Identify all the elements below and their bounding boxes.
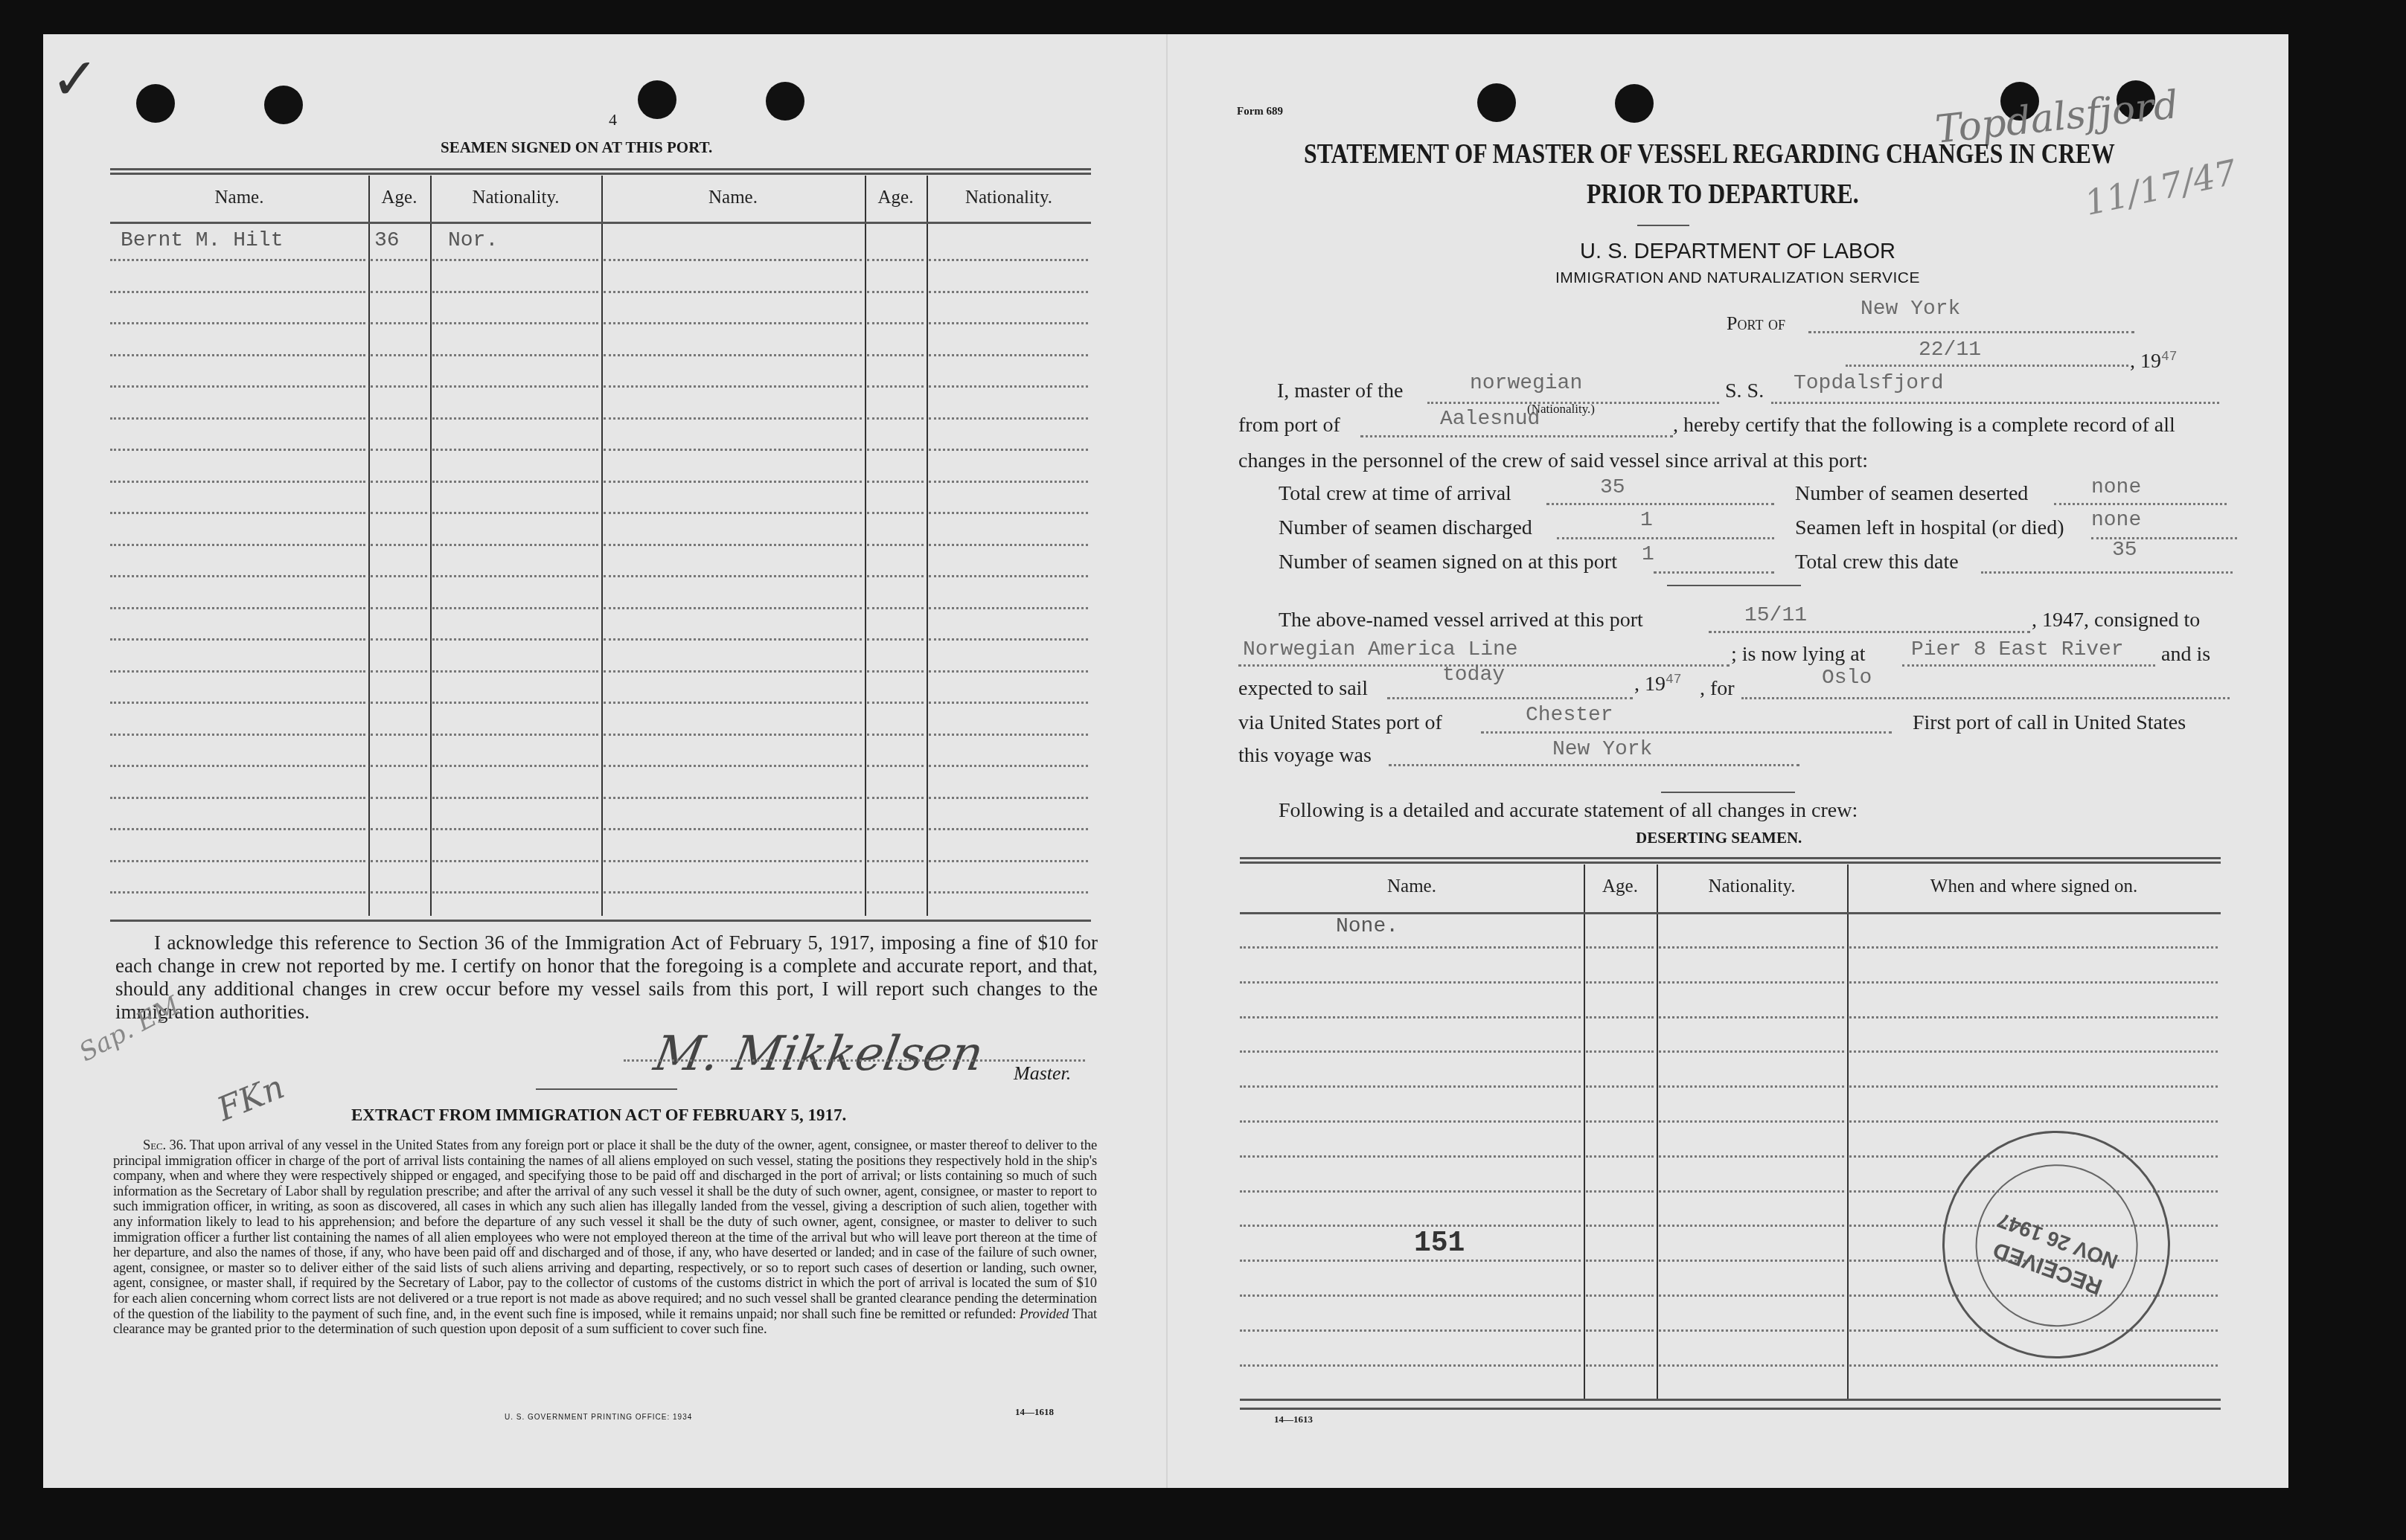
- column-header-signed-on: When and where signed on.: [1847, 876, 2221, 897]
- signed-on-label: Number of seamen signed on at this port: [1279, 551, 1617, 574]
- form-code-right: 14—1613: [1274, 1414, 1313, 1425]
- service-name: IMMIGRATION AND NATURALIZATION SERVICE: [1191, 269, 2285, 287]
- master-label: Master.: [1014, 1062, 1071, 1085]
- page-number: 4: [609, 110, 617, 129]
- signed-on-table-title: SEAMEN SIGNED ON AT THIS PORT.: [441, 138, 712, 157]
- port-label: Port of: [1727, 312, 1785, 335]
- hospital-label: Seamen left in hospital (or died): [1795, 516, 2064, 540]
- via-port-field[interactable]: Chester: [1526, 704, 1613, 727]
- nationality-field[interactable]: norwegian: [1470, 372, 1582, 395]
- port-field[interactable]: New York: [1861, 298, 1960, 321]
- discharged-field[interactable]: 1: [1640, 509, 1653, 532]
- extract-body: That upon arrival of any vessel in the U…: [113, 1138, 1097, 1322]
- column-header-name: Name.: [110, 187, 368, 208]
- extract-section-label: Sec. 36.: [143, 1138, 186, 1153]
- first-port-label: First port of call in United States: [1913, 711, 2186, 735]
- arrived-label: The above-named vessel arrived at this p…: [1279, 609, 1643, 632]
- consignee-field[interactable]: Norwegian America Line: [1243, 638, 1518, 661]
- master-signature: M. Mikkelsen: [650, 1027, 987, 1082]
- voyage-label: this voyage was: [1238, 744, 1372, 768]
- form-title-line1: STATEMENT OF MASTER OF VESSEL REGARDING …: [1304, 138, 2115, 170]
- sail-date-field[interactable]: today: [1442, 664, 1505, 687]
- total-crew-date-label: Total crew this date: [1795, 551, 1959, 574]
- punch-hole: [1477, 83, 1516, 122]
- following-text: Following is a detailed and accurate sta…: [1279, 799, 1858, 823]
- from-port-label: from port of: [1238, 414, 1340, 437]
- berth-field[interactable]: Pier 8 East River: [1911, 638, 2124, 661]
- arrived-date-field[interactable]: 15/11: [1744, 604, 1807, 627]
- and-is-label: and is: [2161, 643, 2210, 667]
- deserting-table-title: DESERTING SEAMEN.: [1636, 829, 1802, 847]
- extract-text: Sec. 36. That upon arrival of any vessel…: [113, 1138, 1097, 1338]
- column-header-nationality-2: Nationality.: [927, 187, 1091, 208]
- column-header-name-2: Name.: [601, 187, 865, 208]
- punch-hole: [1615, 84, 1654, 123]
- signed-on-field[interactable]: 1: [1642, 543, 1654, 566]
- punch-hole: [264, 86, 303, 124]
- ship-field[interactable]: Topdalsfjord: [1794, 372, 1944, 395]
- first-port-field[interactable]: New York: [1552, 738, 1652, 761]
- department-name: U. S. DEPARTMENT OF LABOR: [1191, 240, 2285, 264]
- for-label: , for: [1700, 677, 1735, 701]
- certify-text-2: changes in the personnel of the crew of …: [1238, 449, 1868, 473]
- via-label: via United States port of: [1238, 711, 1442, 735]
- seaman-name: Bernt M. Hilt: [121, 229, 283, 252]
- deserted-field[interactable]: none: [2091, 476, 2141, 499]
- ss-label: S. S.: [1725, 379, 1764, 403]
- year-label: , 1947: [2130, 350, 2178, 373]
- discharged-label: Number of seamen discharged: [1279, 516, 1532, 540]
- total-crew-arrival-field[interactable]: 35: [1600, 476, 1625, 499]
- punch-hole: [638, 80, 676, 119]
- column-header-nationality: Nationality.: [430, 187, 601, 208]
- date-field[interactable]: 22/11: [1919, 339, 1981, 362]
- seaman-nationality: Nor.: [448, 229, 498, 252]
- punch-hole: [766, 82, 804, 121]
- arrived-year-label: , 1947, consigned to: [2032, 609, 2200, 632]
- extract-proviso-label: Provided: [1020, 1306, 1069, 1322]
- punch-hole: [136, 84, 175, 123]
- column-header-age-2: Age.: [865, 187, 927, 208]
- total-crew-arrival-label: Total crew at time of arrival: [1279, 482, 1511, 506]
- form-number: Form 689: [1237, 106, 1283, 118]
- check-mark-icon: ✓: [51, 46, 99, 113]
- from-port-field[interactable]: Aalesnud: [1440, 408, 1540, 431]
- form-code-left: 14—1618: [1015, 1406, 1054, 1418]
- page-stamp-number: 151: [1414, 1228, 1465, 1260]
- sail-label: expected to sail: [1238, 677, 1368, 701]
- column-header-age: Age.: [1584, 876, 1657, 897]
- acknowledgement-text: I acknowledge this reference to Section …: [115, 931, 1098, 1024]
- deserted-label: Number of seamen deserted: [1795, 482, 2028, 506]
- destination-field[interactable]: Oslo: [1822, 667, 1872, 690]
- seaman-age: 36: [374, 229, 400, 252]
- form-title-line2: PRIOR TO DEPARTURE.: [1587, 179, 1859, 211]
- lying-label: ; is now lying at: [1731, 643, 1865, 667]
- hospital-field[interactable]: none: [2091, 509, 2141, 532]
- certify-text: , hereby certify that the following is a…: [1673, 414, 2175, 437]
- master-of-label: I, master of the: [1277, 379, 1404, 403]
- column-header-name: Name.: [1240, 876, 1584, 897]
- deserter-name: None.: [1336, 915, 1398, 938]
- page-fold: [1166, 34, 1168, 1488]
- total-crew-date-field[interactable]: 35: [2112, 539, 2137, 562]
- column-header-nationality: Nationality.: [1657, 876, 1847, 897]
- extract-title: EXTRACT FROM IMMIGRATION ACT OF FEBRUARY…: [351, 1106, 846, 1125]
- sail-year-label: , 1947: [1634, 673, 1682, 696]
- column-header-age: Age.: [368, 187, 430, 208]
- printer-credit: U. S. GOVERNMENT PRINTING OFFICE: 1934: [505, 1414, 692, 1422]
